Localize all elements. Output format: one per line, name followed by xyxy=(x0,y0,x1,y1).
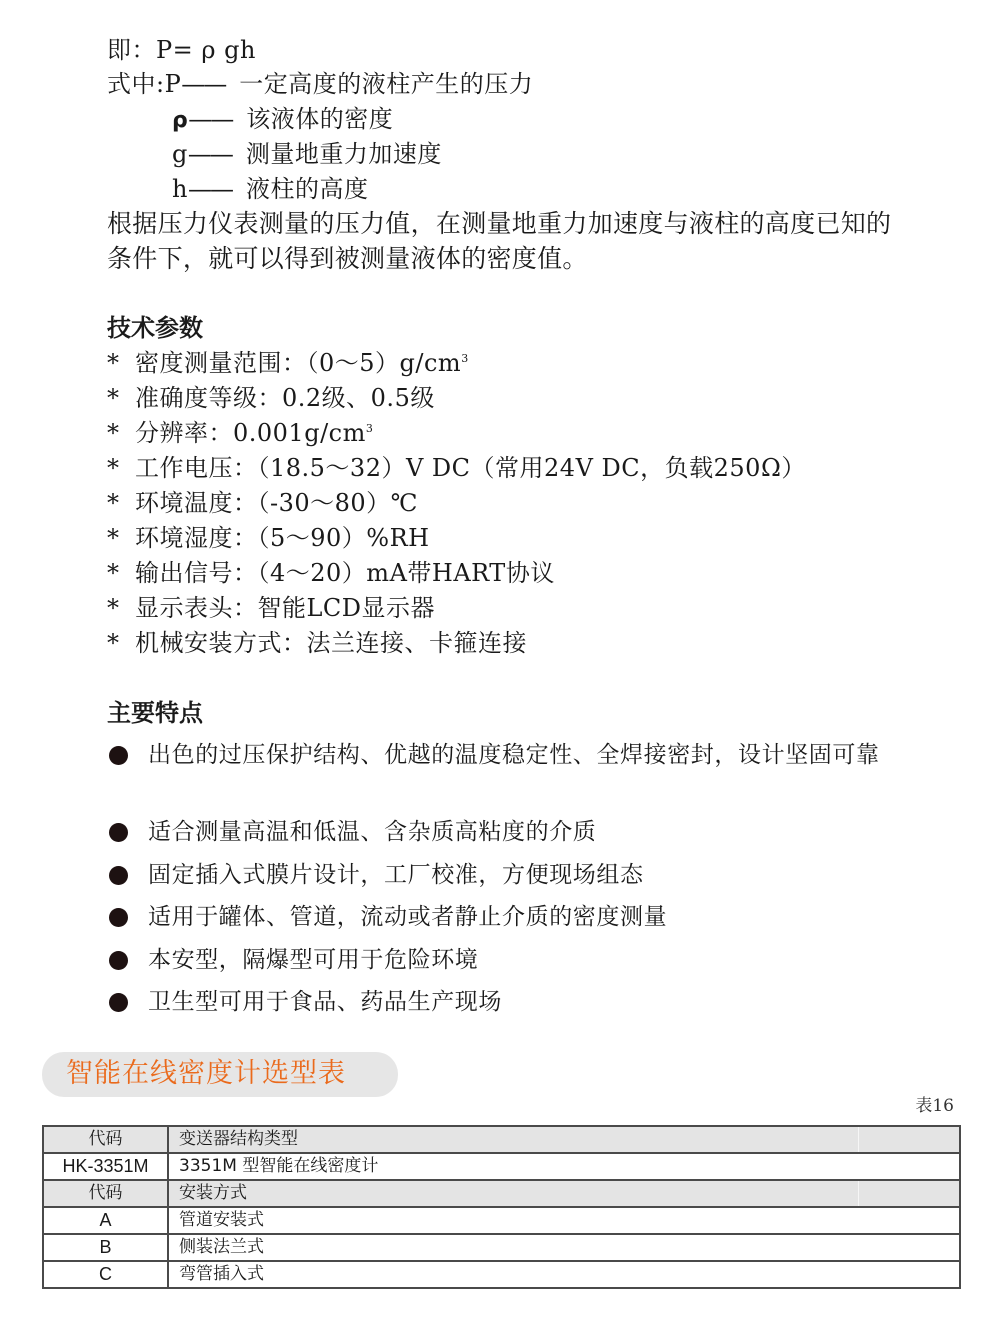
description-cell: 弯管插入式 xyxy=(168,1261,960,1288)
description-cell: 侧装法兰式 xyxy=(168,1234,960,1261)
definition-dash: —— xyxy=(188,105,232,133)
asterisk-bullet-icon: * xyxy=(107,383,135,413)
tech-param-item: *显示表头：智能LCD显示器 xyxy=(107,593,435,623)
tech-param-text: 环境湿度：（5～90）%RH xyxy=(135,524,430,552)
tech-param-text: 密度测量范围：（0～5）g/cm xyxy=(135,349,461,377)
feature-text: 适合测量高温和低温、含杂质高粘度的介质 xyxy=(148,815,970,849)
tech-param-text: 输出信号：（4～20）mA带HART协议 xyxy=(135,559,555,587)
tech-param-text: 分辨率：0.001g/cm xyxy=(135,419,366,447)
where-prefix: 式中:P xyxy=(107,70,181,98)
tech-param-item: *准确度等级：0.2级、0.5级 xyxy=(107,383,435,413)
definition-rho: ρ——该液体的密度 xyxy=(172,104,393,136)
bullet-dot-icon xyxy=(109,993,128,1012)
feature-text: 卫生型可用于食品、药品生产现场 xyxy=(148,985,970,1019)
table-number: 表16 xyxy=(915,1095,954,1117)
definition-dash: —— xyxy=(188,175,232,203)
bullet-dot-icon xyxy=(109,866,128,885)
section-title-pill: 智能在线密度计选型表 xyxy=(42,1052,398,1097)
tech-param-text: 机械安装方式：法兰连接、卡箍连接 xyxy=(135,629,527,657)
table-header-row: 代码 安装方式 xyxy=(43,1180,960,1207)
tech-params-heading: 技术参数 xyxy=(107,313,203,343)
bullet-dot-icon xyxy=(109,746,128,765)
code-header: 代码 xyxy=(43,1126,168,1153)
section-title: 智能在线密度计选型表 xyxy=(66,1057,346,1091)
feature-text: 固定插入式膜片设计，工厂校准，方便现场组态 xyxy=(148,858,970,892)
code-cell: C xyxy=(43,1261,168,1288)
explanation-line-1: 根据压力仪表测量的压力值，在测量地重力加速度与液柱的高度已知的 xyxy=(107,209,891,239)
bullet-dot-icon xyxy=(109,908,128,927)
tech-param-text: 准确度等级：0.2级、0.5级 xyxy=(135,384,435,412)
definition-p: 式中:P——一定高度的液柱产生的压力 xyxy=(107,69,533,99)
tech-param-text: 工作电压：（18.5～32）V DC（常用24V DC，负载250Ω） xyxy=(135,454,806,482)
definition-g: g——测量地重力加速度 xyxy=(172,139,442,169)
definition-text: 测量地重力加速度 xyxy=(246,140,442,168)
asterisk-bullet-icon: * xyxy=(107,488,135,518)
asterisk-bullet-icon: * xyxy=(107,523,135,553)
code-cell: HK-3351M xyxy=(43,1153,168,1180)
features-heading: 主要特点 xyxy=(107,698,203,728)
table-header-row: 代码 变送器结构类型 xyxy=(43,1126,960,1153)
description-header: 变送器结构类型 xyxy=(168,1126,960,1153)
tech-param-item: *输出信号：（4～20）mA带HART协议 xyxy=(107,558,555,588)
asterisk-bullet-icon: * xyxy=(107,418,135,448)
tech-param-item: *工作电压：（18.5～32）V DC（常用24V DC，负载250Ω） xyxy=(107,453,806,483)
definition-text: 液柱的高度 xyxy=(246,175,369,203)
tech-param-item: *环境湿度：（5～90）%RH xyxy=(107,523,430,553)
table-row: A 管道安装式 xyxy=(43,1207,960,1234)
definition-dash: —— xyxy=(181,70,225,98)
table-row: B 侧装法兰式 xyxy=(43,1234,960,1261)
tech-param-item: *密度测量范围：（0～5）g/cm3 xyxy=(107,348,469,378)
definition-symbol: h xyxy=(172,174,188,204)
superscript: 3 xyxy=(366,422,374,435)
asterisk-bullet-icon: * xyxy=(107,558,135,588)
definition-text: 该液体的密度 xyxy=(246,105,393,133)
table-row: HK-3351M 3351M 型智能在线密度计 xyxy=(43,1153,960,1180)
explanation-line-2: 条件下，就可以得到被测量液体的密度值。 xyxy=(107,244,588,274)
code-header: 代码 xyxy=(43,1180,168,1207)
feature-text: 适用于罐体、管道，流动或者静止介质的密度测量 xyxy=(148,900,970,934)
definition-h: h——液柱的高度 xyxy=(172,174,368,204)
tech-param-text: 显示表头：智能LCD显示器 xyxy=(135,594,435,622)
definition-dash: —— xyxy=(188,140,232,168)
asterisk-bullet-icon: * xyxy=(107,628,135,658)
asterisk-bullet-icon: * xyxy=(107,593,135,623)
definition-symbol: ρ xyxy=(172,106,188,136)
selection-table: 代码 变送器结构类型 HK-3351M 3351M 型智能在线密度计 代码 安装… xyxy=(42,1125,961,1289)
asterisk-bullet-icon: * xyxy=(107,453,135,483)
tech-param-item: *机械安装方式：法兰连接、卡箍连接 xyxy=(107,628,527,658)
bullet-dot-icon xyxy=(109,823,128,842)
bullet-dot-icon xyxy=(109,951,128,970)
tech-param-item: *环境温度：（-30～80）℃ xyxy=(107,488,418,518)
code-cell: A xyxy=(43,1207,168,1234)
code-cell: B xyxy=(43,1234,168,1261)
description-cell: 管道安装式 xyxy=(168,1207,960,1234)
description-cell: 3351M 型智能在线密度计 xyxy=(168,1153,960,1180)
definition-text: 一定高度的液柱产生的压力 xyxy=(239,70,533,98)
superscript: 3 xyxy=(461,352,469,365)
feature-text: 本安型，隔爆型可用于危险环境 xyxy=(148,943,970,977)
definition-symbol: g xyxy=(172,139,188,169)
tech-param-item: *分辨率：0.001g/cm3 xyxy=(107,418,373,448)
asterisk-bullet-icon: * xyxy=(107,348,135,378)
feature-text: 出色的过压保护结构、优越的温度稳定性、全焊接密封，设计坚固可靠 xyxy=(148,738,970,772)
description-header: 安装方式 xyxy=(168,1180,960,1207)
tech-param-text: 环境温度：（-30～80）℃ xyxy=(135,489,418,517)
table-row: C 弯管插入式 xyxy=(43,1261,960,1288)
formula-equation: 即：P= ρ gh xyxy=(107,35,256,65)
